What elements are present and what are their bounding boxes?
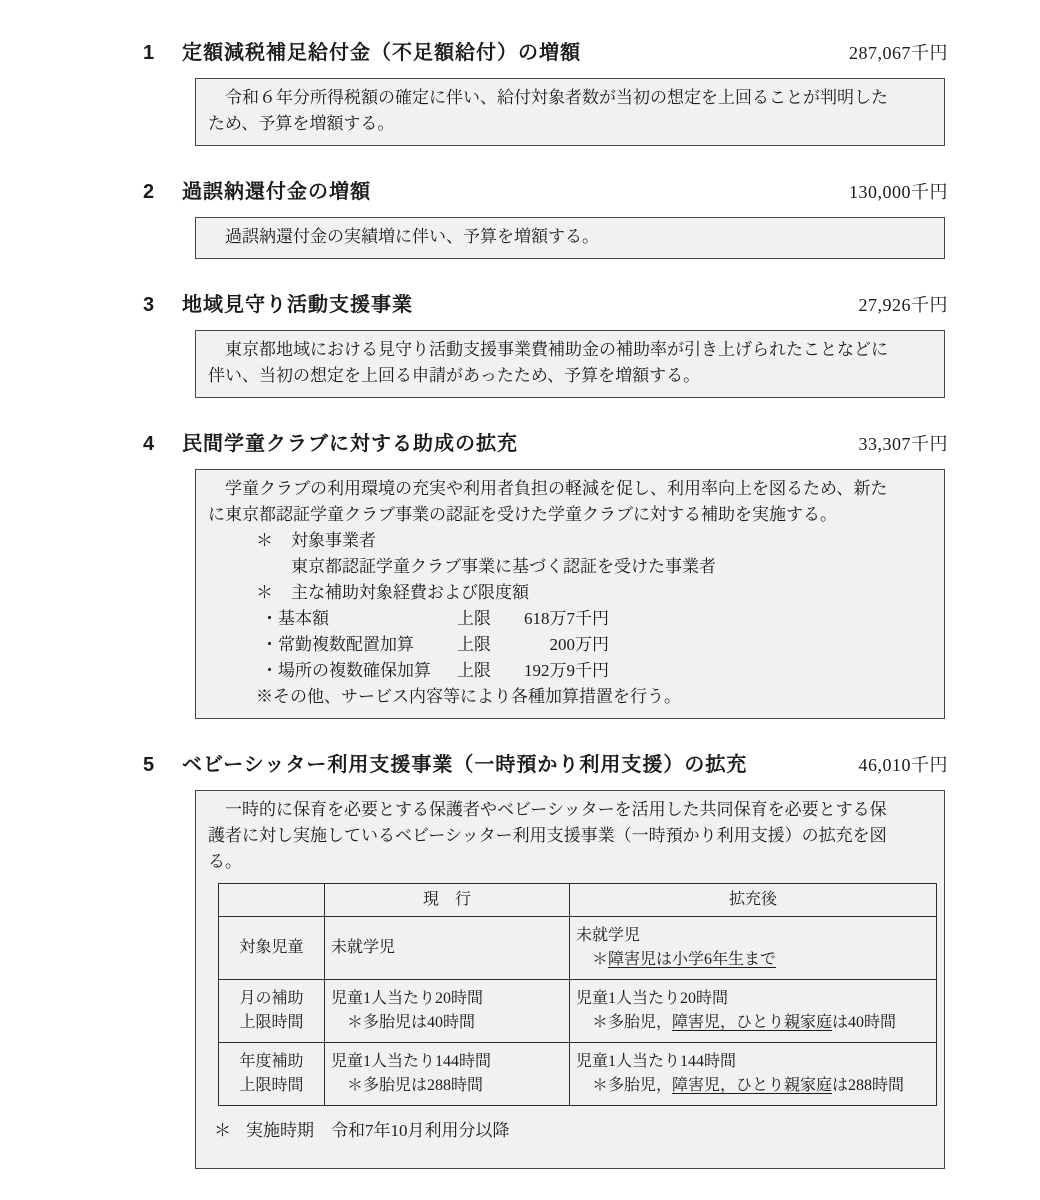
item-title: ベビーシッター利用支援事業（一時預かり利用支援）の拡充 [182, 752, 859, 779]
item-title: 民間学童クラブに対する助成の拡充 [182, 431, 859, 458]
item-description: 一時的に保育を必要とする保護者やベビーシッターを活用した共同保育を必要とする保 … [208, 797, 932, 875]
item-description: 令和６年分所得税額の確定に伴い、給付対象者数が当初の想定を上回ることが判明した … [208, 85, 932, 137]
header-current: 現 行 [325, 884, 570, 917]
subsidy-name: ・場所の複数確保加算 [261, 658, 457, 684]
subsidy-limit-value: 618万7千円 [491, 606, 609, 632]
expanded-line1: 未就学児 [576, 924, 930, 948]
implementation-period-label: 実施時期 [246, 1118, 314, 1144]
subsidy-limit-label: 上限 [457, 658, 491, 684]
expanded-cell: 児童1人当たり20時間 ＊多胎児，障害児，ひとり親家庭は40時間 [570, 980, 937, 1043]
subsidy-limit-value: 200万円 [491, 632, 609, 658]
item-heading: 1 定額減税補足給付金（不足額給付）の増額 287,067千円 [143, 40, 948, 67]
item-description-box: 東京都地域における見守り活動支援事業費補助金の補助率が引き上げられたことなどに … [195, 330, 945, 398]
subsidy-name: ・基本額 [261, 606, 457, 632]
item-heading: 3 地域見守り活動支援事業 27,926千円 [143, 292, 948, 319]
item-number: 3 [143, 292, 182, 319]
item-heading: 4 民間学童クラブに対する助成の拡充 33,307千円 [143, 431, 948, 458]
table-row-monthly-limit: 月の補助 上限時間 児童1人当たり20時間 ＊多胎児は40時間 児童1人当たり2… [219, 980, 937, 1043]
table-row-annual-limit: 年度補助 上限時間 児童1人当たり144時間 ＊多胎児は288時間 児童1人当た… [219, 1043, 937, 1106]
item-amount: 46,010千円 [859, 752, 949, 779]
expanded-underlined-text: 障害児，ひとり親家庭 [672, 1077, 832, 1094]
header-expanded: 拡充後 [570, 884, 937, 917]
item-number: 1 [143, 40, 182, 67]
item-title: 地域見守り活動支援事業 [182, 292, 859, 319]
item-description: 過誤納還付金の実績増に伴い、予算を増額する。 [208, 224, 932, 250]
expanded-suffix: は40時間 [832, 1014, 896, 1031]
row-label: 年度補助 上限時間 [219, 1043, 325, 1106]
subsidy-row-fulltime-staff: ・常勤複数配置加算 上限 200万円 [208, 632, 932, 658]
item-description-box: 令和６年分所得税額の確定に伴い、給付対象者数が当初の想定を上回ることが判明した … [195, 78, 945, 146]
subsidy-row-basic: ・基本額 上限 618万7千円 [208, 606, 932, 632]
current-cell: 未就学児 [325, 917, 570, 980]
table-header-row: 現 行 拡充後 [219, 884, 937, 917]
asterisk-marker: ＊ [256, 580, 291, 606]
subsidy-limit-label: 上限 [457, 606, 491, 632]
expanded-cell: 児童1人当たり144時間 ＊多胎児，障害児，ひとり親家庭は288時間 [570, 1043, 937, 1106]
current-cell: 児童1人当たり20時間 ＊多胎児は40時間 [325, 980, 570, 1043]
asterisk-marker: ＊ [256, 528, 291, 554]
expanded-prefix: ＊ [592, 951, 608, 968]
item-heading: 2 過誤納還付金の増額 130,000千円 [143, 179, 948, 206]
item-title: 定額減税補足給付金（不足額給付）の増額 [182, 40, 849, 67]
item-description-box: 学童クラブの利用環境の充実や利用者負担の軽減を促し、利用率向上を図るため、新た … [195, 469, 945, 719]
budget-item-2: 2 過誤納還付金の増額 130,000千円 過誤納還付金の実績増に伴い、予算を増… [143, 179, 948, 259]
budget-item-4: 4 民間学童クラブに対する助成の拡充 33,307千円 学童クラブの利用環境の充… [143, 431, 948, 719]
comparison-table: 現 行 拡充後 対象児童 未就学児 未就学児 ＊障害児は小学6年生まで 月の補助… [218, 883, 937, 1106]
item-description: 東京都地域における見守り活動支援事業費補助金の補助率が引き上げられたことなどに … [208, 337, 932, 389]
item-amount: 287,067千円 [849, 40, 948, 67]
expanded-prefix: ＊多胎児， [592, 1014, 672, 1031]
detail-section-target-operators: ＊ 対象事業者 [208, 528, 932, 554]
subsidy-note: ※その他、サービス内容等により各種加算措置を行う。 [208, 684, 932, 710]
subsidy-row-multiple-locations: ・場所の複数確保加算 上限 192万9千円 [208, 658, 932, 684]
detail-section-body: 東京都認証学童クラブ事業に基づく認証を受けた事業者 [208, 554, 932, 580]
item-amount: 27,926千円 [859, 292, 949, 319]
subsidy-name: ・常勤複数配置加算 [261, 632, 457, 658]
header-blank-cell [219, 884, 325, 917]
item-description: 学童クラブの利用環境の充実や利用者負担の軽減を促し、利用率向上を図るため、新た … [208, 476, 932, 528]
item-amount: 130,000千円 [849, 179, 948, 206]
asterisk-marker: ＊ [214, 1118, 246, 1144]
expanded-line2: ＊多胎児，障害児，ひとり親家庭は40時間 [576, 1011, 930, 1035]
implementation-period-value: 令和7年10月利用分以降 [331, 1118, 510, 1144]
expanded-underlined-text: 障害児は小学6年生まで [608, 951, 776, 968]
current-cell: 児童1人当たり144時間 ＊多胎児は288時間 [325, 1043, 570, 1106]
expanded-underlined-text: 障害児，ひとり親家庭 [672, 1014, 832, 1031]
item-heading: 5 ベビーシッター利用支援事業（一時預かり利用支援）の拡充 46,010千円 [143, 752, 948, 779]
expanded-suffix: は288時間 [832, 1077, 904, 1094]
table-row-target-children: 対象児童 未就学児 未就学児 ＊障害児は小学6年生まで [219, 917, 937, 980]
budget-item-5: 5 ベビーシッター利用支援事業（一時預かり利用支援）の拡充 46,010千円 一… [143, 752, 948, 1169]
budget-document-page: 1 定額減税補足給付金（不足額給付）の増額 287,067千円 令和６年分所得税… [0, 0, 1040, 1169]
row-label: 対象児童 [219, 917, 325, 980]
row-label: 月の補助 上限時間 [219, 980, 325, 1043]
expanded-line2: ＊障害児は小学6年生まで [576, 948, 930, 972]
item-number: 2 [143, 179, 182, 206]
expanded-prefix: ＊多胎児， [592, 1077, 672, 1094]
item-amount: 33,307千円 [859, 431, 949, 458]
budget-item-1: 1 定額減税補足給付金（不足額給付）の増額 287,067千円 令和６年分所得税… [143, 40, 948, 146]
item-title: 過誤納還付金の増額 [182, 179, 849, 206]
item-description-box: 一時的に保育を必要とする保護者やベビーシッターを活用した共同保育を必要とする保 … [195, 790, 945, 1169]
expanded-line1: 児童1人当たり144時間 [576, 1050, 930, 1074]
item-description-box: 過誤納還付金の実績増に伴い、予算を増額する。 [195, 217, 945, 259]
subsidy-limit-value: 192万9千円 [491, 658, 609, 684]
expanded-line2: ＊多胎児，障害児，ひとり親家庭は288時間 [576, 1074, 930, 1098]
implementation-period: ＊ 実施時期 令和7年10月利用分以降 [208, 1118, 932, 1144]
detail-section-title: 主な補助対象経費および限度額 [291, 580, 529, 606]
item-number: 5 [143, 752, 182, 779]
expanded-line1: 児童1人当たり20時間 [576, 987, 930, 1011]
detail-section-title: 対象事業者 [291, 528, 376, 554]
subsidy-limit-label: 上限 [457, 632, 491, 658]
detail-section-subsidy-limits: ＊ 主な補助対象経費および限度額 [208, 580, 932, 606]
item-number: 4 [143, 431, 182, 458]
budget-item-3: 3 地域見守り活動支援事業 27,926千円 東京都地域における見守り活動支援事… [143, 292, 948, 398]
expanded-cell: 未就学児 ＊障害児は小学6年生まで [570, 917, 937, 980]
